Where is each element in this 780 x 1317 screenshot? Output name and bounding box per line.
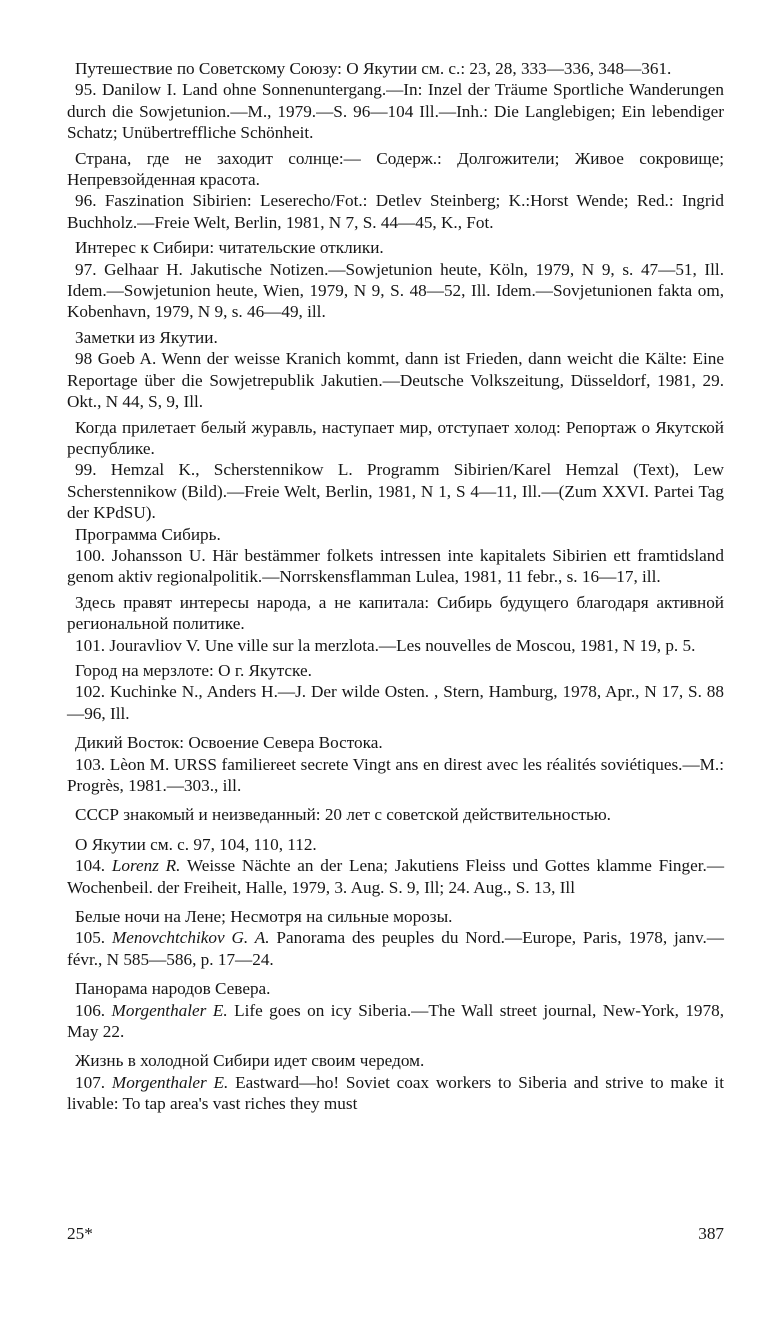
bib-entry-104: 104. Lorenz R. Weisse Nächte an der Lena… bbox=[67, 855, 724, 898]
annotation-ru: СССР знакомый и неизведанный: 20 лет с с… bbox=[67, 804, 724, 825]
bib-entry-103: 103. Lèon M. URSS familiereet secrete Vi… bbox=[67, 754, 724, 797]
page-body: Путешествие по Советскому Союзу: О Якути… bbox=[67, 58, 724, 1115]
bib-entry-99: 99. Hemzal K., Scherstennikow L. Program… bbox=[67, 459, 724, 523]
bib-entry-107: 107. Morgenthaler E. Eastward—ho! Soviet… bbox=[67, 1072, 724, 1115]
annotation-ru: Заметки из Якутии. bbox=[67, 327, 724, 348]
entry-author: Menovchtchikov G. A. bbox=[112, 928, 270, 947]
entry-number: 105. bbox=[75, 928, 105, 947]
entry-author: Lorenz R. bbox=[112, 856, 181, 875]
bib-entry-95: 95. Danilow I. Land ohne Sonnenuntergang… bbox=[67, 79, 724, 143]
bib-entry-98: 98 Goeb A. Wenn der weisse Kranich kommt… bbox=[67, 348, 724, 412]
annotation-ru: Дикий Восток: Освоение Севера Востока. bbox=[67, 732, 724, 753]
annotation-ru: Панорама народов Севера. bbox=[67, 978, 724, 999]
bib-entry-97: 97. Gelhaar H. Jakutische Notizen.—Sowje… bbox=[67, 259, 724, 323]
bib-entry-102: 102. Kuchinke N., Anders H.—J. Der wilde… bbox=[67, 681, 724, 724]
entry-author: Morgenthaler E. bbox=[112, 1073, 228, 1092]
bib-entry-96: 96. Faszination Sibirien: Leserecho/Fot.… bbox=[67, 190, 724, 233]
page-footer: 25* 387 bbox=[67, 1224, 724, 1244]
annotation-ru: Жизнь в холодной Сибири идет своим черед… bbox=[67, 1050, 724, 1071]
entry-author: Morgenthaler E. bbox=[112, 1001, 228, 1020]
annotation-ru: Программа Сибирь. bbox=[67, 524, 724, 545]
annotation-ru: Здесь правят интересы народа, а не капит… bbox=[67, 592, 724, 635]
annotation-ru: Путешествие по Советскому Союзу: О Якути… bbox=[67, 58, 724, 79]
bib-entry-106: 106. Morgenthaler E. Life goes on icy Si… bbox=[67, 1000, 724, 1043]
page-number: 387 bbox=[698, 1224, 724, 1244]
annotation-ru: Город на мерзлоте: О г. Якутске. bbox=[67, 660, 724, 681]
printer-signature: 25* bbox=[67, 1224, 93, 1244]
entry-number: 107. bbox=[75, 1073, 105, 1092]
annotation-ru: Белые ночи на Лене; Несмотря на сильные … bbox=[67, 906, 724, 927]
bib-entry-100: 100. Johansson U. Här bestämmer folkets … bbox=[67, 545, 724, 588]
bib-entry-105: 105. Menovchtchikov G. A. Panorama des p… bbox=[67, 927, 724, 970]
annotation-ru: Страна, где не заходит солнце:— Содерж.:… bbox=[67, 148, 724, 191]
annotation-ru: Интерес к Сибири: читательские отклики. bbox=[67, 237, 724, 258]
cross-reference: О Якутии см. с. 97, 104, 110, 112. bbox=[67, 834, 724, 855]
entry-number: 106. bbox=[75, 1001, 105, 1020]
bib-entry-101: 101. Jouravliov V. Une ville sur la merz… bbox=[67, 635, 724, 656]
entry-number: 104. bbox=[75, 856, 105, 875]
annotation-ru: Когда прилетает белый журавль, наступает… bbox=[67, 417, 724, 460]
